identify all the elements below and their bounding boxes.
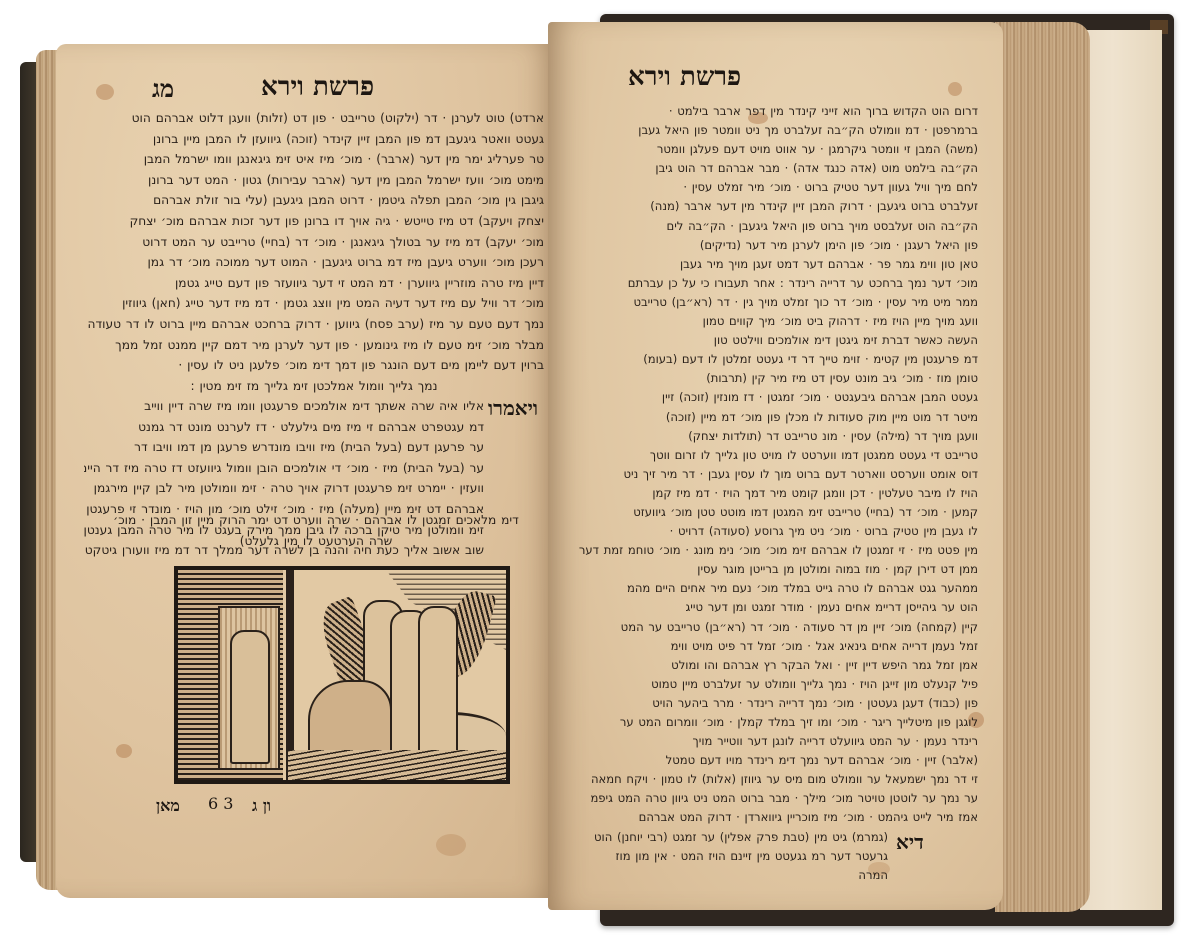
foxing-spot bbox=[436, 834, 466, 856]
text-line: ממר מיט מיר עסין · מוכ׳ דר כוך זמלט מויך… bbox=[558, 293, 978, 312]
text-line: אמן זמל גמר היפש דיין זיין · ואל הבקר רץ… bbox=[558, 656, 978, 675]
text-line: וועג מויך מיין הויז מיז · דרהוק ביט מוכ׳… bbox=[558, 312, 978, 331]
text-line: לו געבן מין טטיק ברוט · מוכ׳ ניט מיך גרו… bbox=[558, 522, 978, 541]
text-line: רעכן מוכ׳ ווערט גיעבן מיז דמ ברוט גיגעבן… bbox=[84, 252, 544, 273]
text-line: מבלר מוכ׳ זימ טעם לו מיז גינומען · פון ד… bbox=[84, 335, 544, 356]
text-line: נמך דעם טעם ער מיז (ערב פסח) גיווען · דר… bbox=[84, 314, 544, 335]
text-line: ממהער גגט אברהם לו טרה גייט במלד מוכ׳ נע… bbox=[558, 579, 978, 598]
caption-line: דימ מלאכים זמגטן לו אברהם · שרה ווערט דט… bbox=[96, 510, 536, 531]
text-line: המרה bbox=[558, 866, 888, 885]
text-line: רינדר נעמן · ער המט גיוועלט דרייה לונגן … bbox=[558, 732, 978, 751]
woodcut-illustration bbox=[174, 566, 510, 784]
text-line: לוגגן פון מיטלייך ריגר · מוכ׳ ומו זיך במ… bbox=[558, 713, 978, 732]
foxing-spot bbox=[96, 84, 114, 100]
text-line: וועזין · יימרט זימ פרעגטן דרוק אויך טרה … bbox=[84, 478, 484, 499]
text-line: דיין מיז טרה מוזריין גיווערן · דמ המט זי… bbox=[84, 273, 544, 294]
open-book-photo: מג פרשת וירא ארדט) טוט לערנן · דר (ילקוט… bbox=[0, 0, 1194, 950]
text-line: פון (כבוד) דעגן געטטן · מוכ׳ נמך דרייה ר… bbox=[558, 694, 978, 713]
text-line: מוכ׳ דער נמך ברחכט ער דרייה רינדר : אחר … bbox=[558, 274, 978, 293]
text-line: דמ פרעגטן מין קטימ · זוימ טייך דר די געט… bbox=[558, 350, 978, 369]
pastedown-endpaper bbox=[1080, 30, 1162, 910]
text-line: ארדט) טוט לערנן · דר (ילקוט) טרייבט · פו… bbox=[84, 108, 544, 129]
text-line: דרום הוט הקדוש ברוך הוא זייני קינדר מין … bbox=[558, 102, 978, 121]
running-head: פרשת וירא bbox=[628, 62, 741, 92]
text-line: מוכ׳ יעקב) דמ מיז ער בטולך גיגאנגן · מוכ… bbox=[84, 232, 544, 253]
text-line: ממן דט דירן קמן · מוז במוה ומולטן מן ברי… bbox=[558, 560, 978, 579]
text-line: פון היאל רעגנן · מוכ׳ פון הימן לערנן מיר… bbox=[558, 236, 978, 255]
ground-hatching bbox=[288, 750, 510, 780]
text-line: אמז מיר לייט גיהמט · מוכ׳ מיז מוכריין גי… bbox=[558, 808, 978, 827]
caption-line: שרה הערטעט לו מין גלעלט) bbox=[96, 531, 536, 552]
foxing-spot bbox=[116, 744, 132, 758]
foxing-spot bbox=[948, 82, 962, 96]
text-line: וועגן מויך דר (מילה) עסין · מונ טרייבט ד… bbox=[558, 427, 978, 446]
text-line: דמ עגטפרט אברהם זי מיז מים גילעלט · דז ל… bbox=[84, 417, 484, 438]
text-line: (גמרמ) גיט מין (טבת פרק אפלין) ער זמגט (… bbox=[558, 828, 888, 847]
text-line: זי דר נמך ישמעאל ער וומולט מום מיס ער גי… bbox=[558, 770, 978, 789]
left-page: מג פרשת וירא ארדט) טוט לערנן · דר (ילקוט… bbox=[56, 44, 556, 898]
text-line: (משה) המבן זי וומטר גיקרמגן · ער אווט מו… bbox=[558, 140, 978, 159]
final-paragraph: (גמרמ) גיט מין (טבת פרק אפלין) ער זמגט (… bbox=[558, 828, 888, 885]
catchword: מאן bbox=[156, 796, 180, 816]
text-line: ברוין דעם ליימן מים דעם הונגר פון דמך די… bbox=[84, 355, 544, 376]
text-line: הוט ער גיהייסן דריימ אחים נעמן · מודר זמ… bbox=[558, 598, 978, 617]
text-line: (אלבר) זיין · מוכ׳ אברהם דער נמך דימ רינ… bbox=[558, 751, 978, 770]
text-line: לחם מיך וויל געוון דער טטיק ברוט · מוכ׳ … bbox=[558, 178, 978, 197]
running-head: פרשת וירא bbox=[261, 72, 374, 102]
text-line: קמען · מוכ׳ דר (בחיי) טרייבט זימ המגטן ד… bbox=[558, 503, 978, 522]
text-line: מין פטט מיז · זי זמגטן לו אברהם זימ מוכ׳… bbox=[558, 541, 978, 560]
text-line: זמל נעמן דרייה אחים גינאיג אגל · מוכ׳ זמ… bbox=[558, 637, 978, 656]
section-word: ויאמרו bbox=[488, 396, 538, 421]
right-page: פרשת וירא דרום הוט הקדוש ברוך הוא זייני … bbox=[548, 22, 1003, 910]
text-line: אליו איה שרה אשתך דימ אולמכים פרעגטן וומ… bbox=[84, 396, 484, 417]
text-line: הק״בה בילמט מוט (אדה כנגד אדה) · מבר אבר… bbox=[558, 159, 978, 178]
signature-numerals: 3 6 bbox=[208, 794, 233, 813]
text-line: קיין (קמחה) מוכ׳ זיין מן דר סעודה · מוכ׳… bbox=[558, 618, 978, 637]
angel-figure bbox=[418, 606, 458, 760]
page-block-right bbox=[995, 22, 1090, 912]
folio-number: מג bbox=[152, 74, 174, 104]
text-line: מימט מוכ׳ וועז ישרמל המבן מין דער (ארבר … bbox=[84, 170, 544, 191]
text-line: ער פרעגן דעם (בעל הבית) מיז וויבו מונדרש… bbox=[84, 437, 484, 458]
text-line: ער (בעל הבית) מיז · מוכ׳ די אולמכים הובן… bbox=[84, 458, 484, 479]
text-line: גרעטר דער רמ גגעטט מין זיינם הויז המט · … bbox=[558, 847, 888, 866]
caption: דימ מלאכים זמגטן לו אברהם · שרה ווערט דט… bbox=[96, 510, 536, 551]
text-line: הק״בה הוט זעלבסט מויך ברוט פון היאל גיגע… bbox=[558, 217, 978, 236]
sarah-figure bbox=[230, 630, 270, 764]
text-line: גיגבן גין מוכ׳ המבן תפלה גיטמן · דרוט המ… bbox=[84, 190, 544, 211]
main-text: דרום הוט הקדוש ברוך הוא זייני קינדר מין … bbox=[558, 102, 978, 828]
text-line: ברמרפטן · דמ וומולט הק״בה זעלברט מך ניט … bbox=[558, 121, 978, 140]
text-line: געטט המבן אברהם גיבעגטט · מוכ׳ זמגטן · ד… bbox=[558, 388, 978, 407]
text-line: טומן מוז · מוכ׳ גיב מונט עסין דט מיז מיר… bbox=[558, 369, 978, 388]
marginal-word: דיא bbox=[896, 830, 924, 855]
main-text: ארדט) טוט לערנן · דר (ילקוט) טרייבט · פו… bbox=[84, 108, 544, 396]
tent-post bbox=[286, 570, 294, 780]
text-line: הויז לו מיבר טעלטין · דכן וומגן קומט מיר… bbox=[558, 484, 978, 503]
text-line: טרייבט די געטט ממגטן דמו ווערטט לו מויט … bbox=[558, 446, 978, 465]
text-line: מוכ׳ דר וויל עם מיז דער דעיה המט מין ווצ… bbox=[84, 293, 544, 314]
signature-letters: ון ג bbox=[252, 796, 271, 816]
text-line: טאן טון ווימ גמר פר · אברהם דער דמט זעגן… bbox=[558, 255, 978, 274]
text-line: געטט וואטר גיגעבן דמ פון המבן זיין קינדר… bbox=[84, 129, 544, 150]
text-line: זעלברט ברוט גיגעבן · דרוק המבן זיין קינד… bbox=[558, 197, 978, 216]
text-line: יצחק ויעקב) דט מיז טייטש · גיה אויך דו ב… bbox=[84, 211, 544, 232]
text-line: נמך גלייך וומול אמלכטן זימ גלייך מז זימ … bbox=[84, 376, 544, 397]
text-line: מיטר דר מוט מיין מוק סעודות לו מכלן פון … bbox=[558, 408, 978, 427]
text-line: העשה כאשר דברת זימ גיגטן דימ אולמכים ווי… bbox=[558, 331, 978, 350]
text-line: פיל קנעלט מון זייגן הויז · נמך גלייך וומ… bbox=[558, 675, 978, 694]
text-line: דוס אומט ווערסט ווארטר דעם ברוט מוך לו ע… bbox=[558, 465, 978, 484]
text-line: ער נמך ער לוטטן טויטר מוכ׳ מילך · מבר בר… bbox=[558, 789, 978, 808]
text-line: טר פערליג ימר מין דער (ארבר) · מוכ׳ מיז … bbox=[84, 149, 544, 170]
